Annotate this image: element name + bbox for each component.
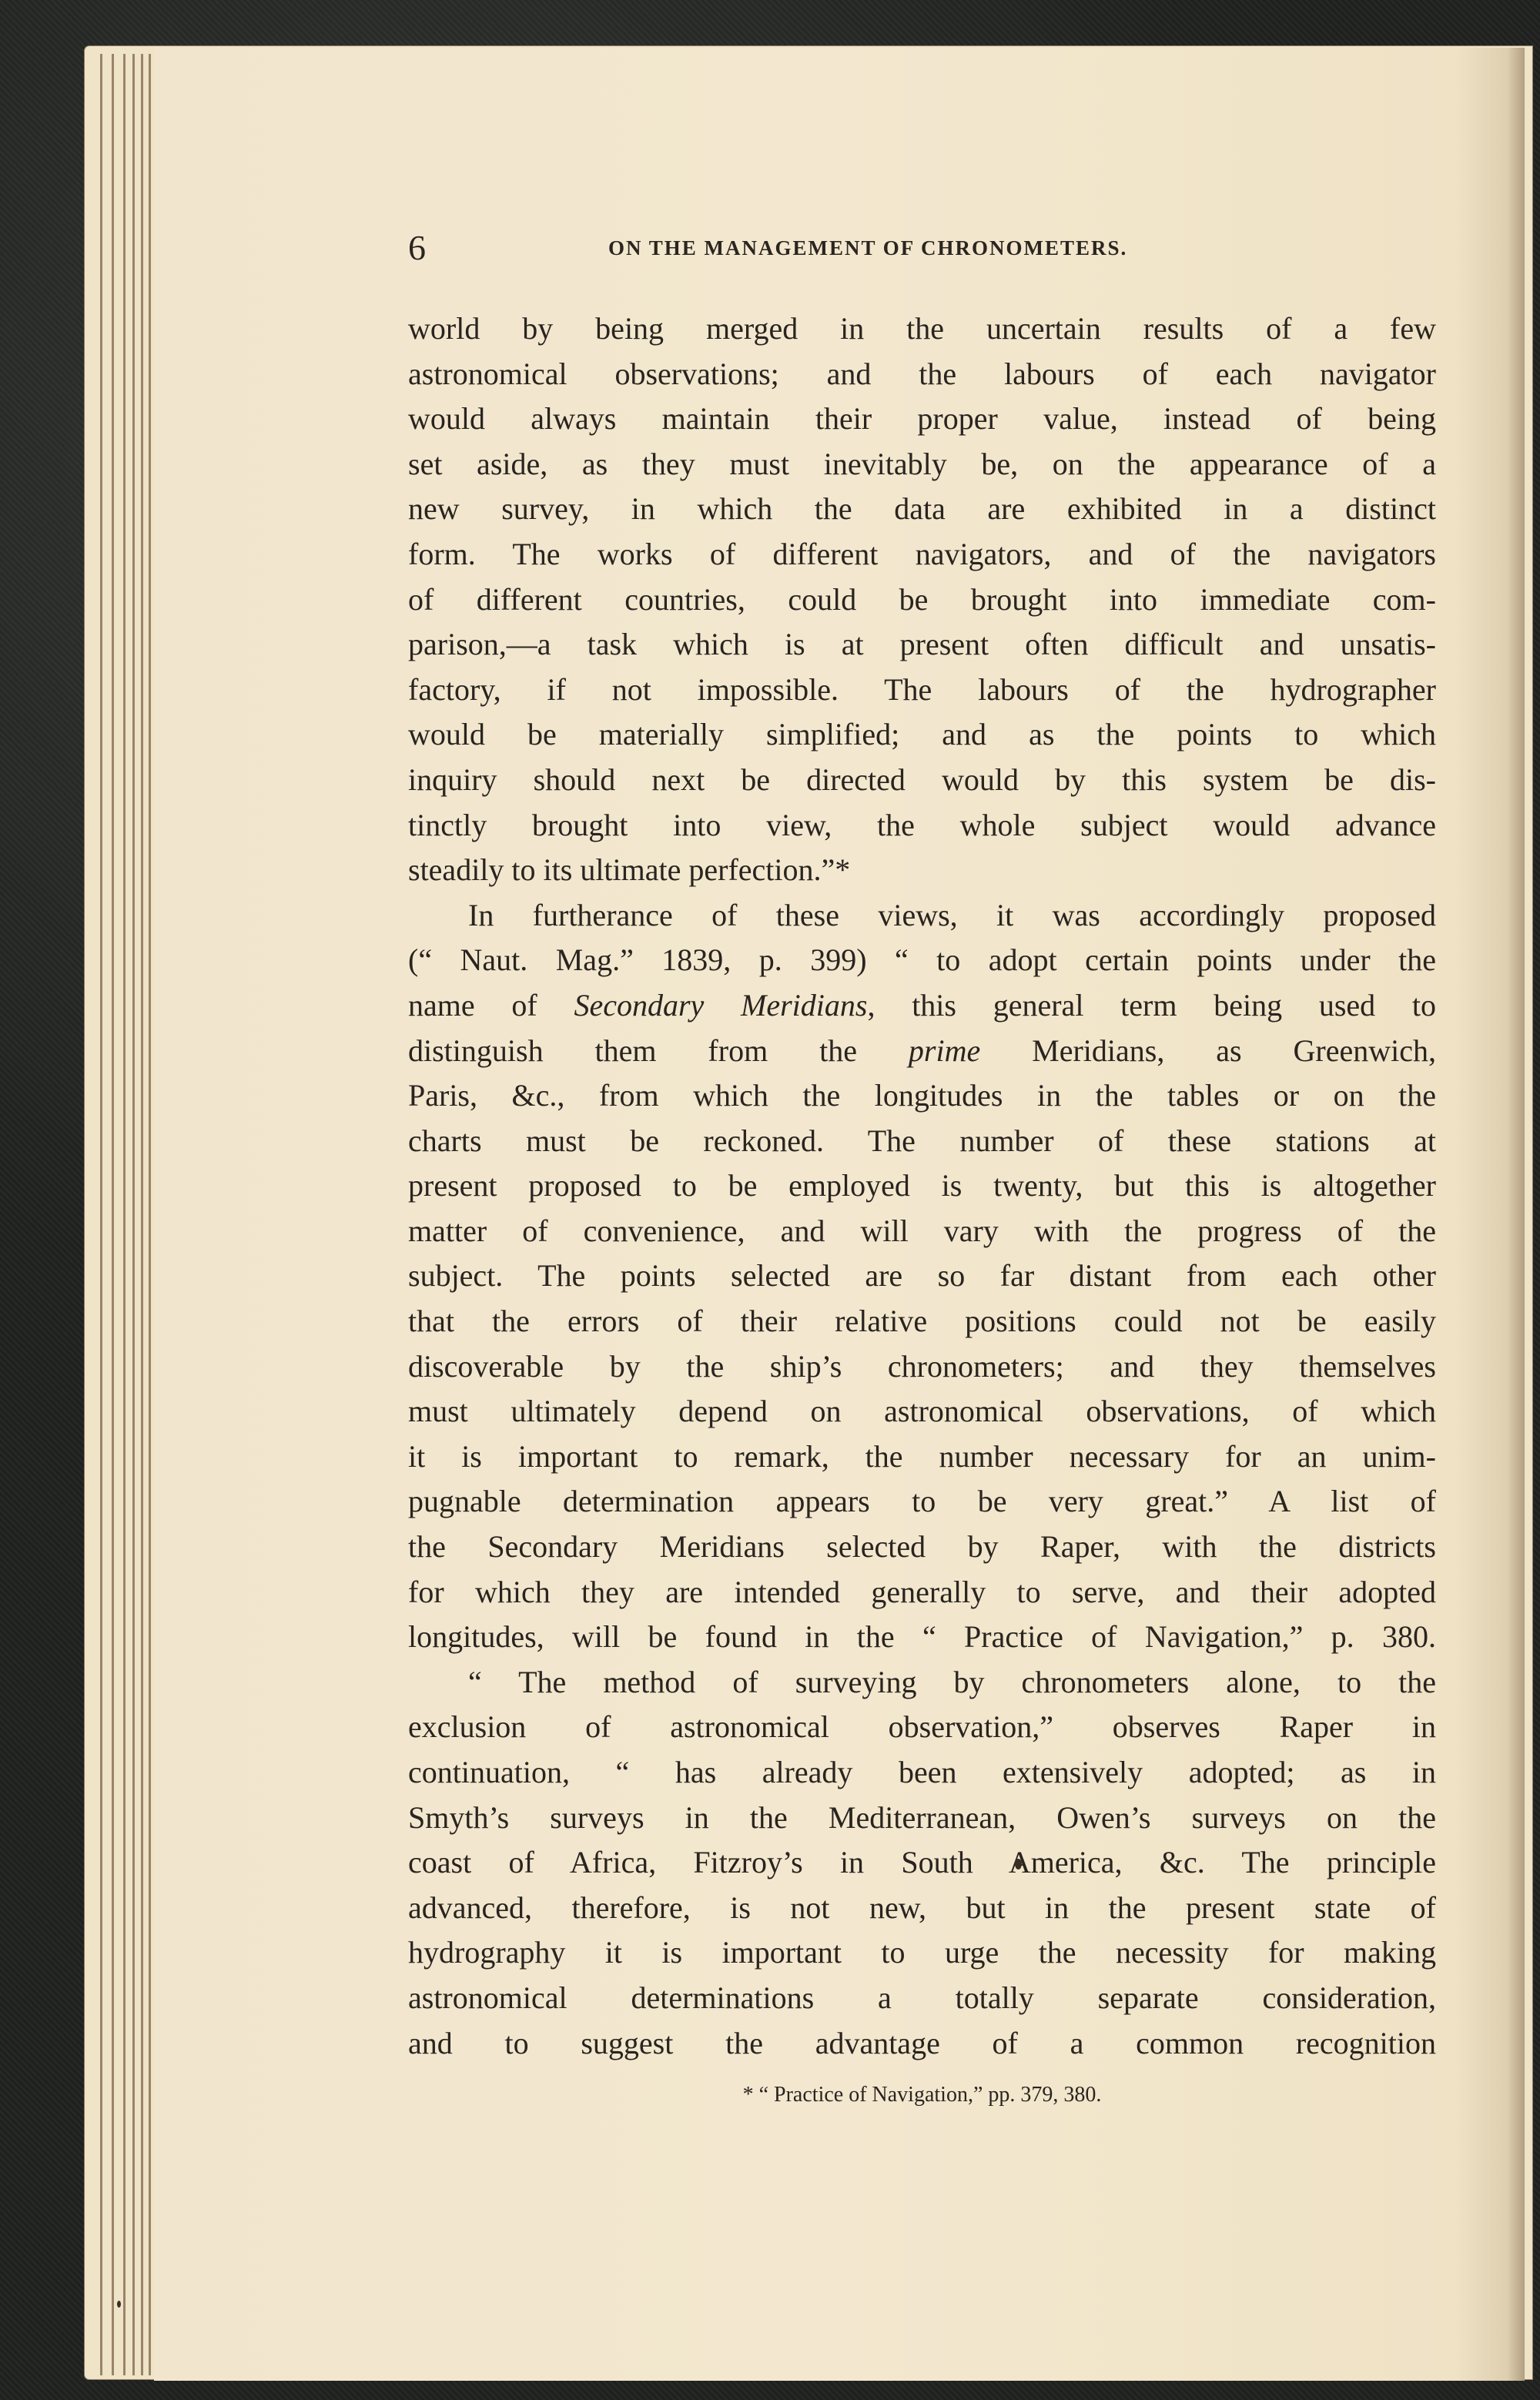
text-line: parison,—a task which is at present ofte… (408, 622, 1436, 668)
running-head-title: ON THE MANAGEMENT OF CHRONOMETERS. (608, 236, 1127, 260)
page-edge (123, 54, 126, 2375)
text-line: that the errors of their relative positi… (408, 1299, 1436, 1344)
text-line: factory, if not impossible. The labours … (408, 668, 1436, 713)
text-line: pugnable determination appears to be ver… (408, 1479, 1436, 1525)
text-line: world by being merged in the uncertain r… (408, 306, 1436, 352)
text-line: it is important to remark, the number ne… (408, 1434, 1436, 1480)
text-line: exclusion of astronomical observation,” … (408, 1705, 1436, 1750)
text-line: charts must be reckoned. The number of t… (408, 1119, 1436, 1164)
text-line: Smyth’s surveys in the Mediterranean, Ow… (408, 1796, 1436, 1841)
text-line: name of Secondary Meridians, this genera… (408, 983, 1436, 1029)
text-line: steadily to its ultimate perfection.”* (408, 848, 1436, 893)
running-head: 6 ON THE MANAGEMENT OF CHRONOMETERS. (408, 227, 1432, 266)
footnote: * “ Practice of Navigation,” pp. 379, 38… (408, 2083, 1436, 2107)
page-number: 6 (408, 227, 426, 268)
text-line: coast of Africa, Fitzroy’s in South Amer… (408, 1840, 1436, 1886)
text-line: (“ Naut. Mag.” 1839, p. 399) “ to adopt … (408, 938, 1436, 983)
text-line: In furtherance of these views, it was ac… (408, 893, 1436, 939)
text-line: form. The works of different navigators,… (408, 532, 1436, 577)
page-edge (100, 54, 102, 2375)
text-line: inquiry should next be directed would by… (408, 758, 1436, 803)
text-line: astronomical determinations a totally se… (408, 1976, 1436, 2021)
page-edge (141, 54, 143, 2375)
ink-spot (1015, 1859, 1022, 1869)
text-line: of different countries, could be brought… (408, 577, 1436, 623)
text-line: matter of convenience, and will vary wit… (408, 1209, 1436, 1254)
body-text: world by being merged in the uncertain r… (408, 306, 1436, 2066)
text-line: Paris, &c., from which the longitudes in… (408, 1073, 1436, 1119)
text-line: distinguish them from the prime Meridian… (408, 1029, 1436, 1074)
page-edge (112, 54, 114, 2375)
text-line: set aside, as they must inevitably be, o… (408, 442, 1436, 487)
text-line: advanced, therefore, is not new, but in … (408, 1886, 1436, 1931)
text-line: continuation, “ has already been extensi… (408, 1750, 1436, 1796)
text-line: would be materially simplified; and as t… (408, 712, 1436, 758)
text-line: would always maintain their proper value… (408, 397, 1436, 442)
text-line: tinctly brought into view, the whole sub… (408, 803, 1436, 849)
text-line: the Secondary Meridians selected by Rape… (408, 1525, 1436, 1570)
ink-spot (117, 2301, 121, 2308)
page-edge (149, 54, 151, 2375)
text-line: longitudes, will be found in the “ Pract… (408, 1615, 1436, 1660)
text-line: new survey, in which the data are exhibi… (408, 487, 1436, 532)
text-line: astronomical observations; and the labou… (408, 352, 1436, 397)
text-line: subject. The points selected are so far … (408, 1254, 1436, 1299)
text-line: must ultimately depend on astronomical o… (408, 1389, 1436, 1434)
text-line: and to suggest the advantage of a common… (408, 2021, 1436, 2067)
text-line: discoverable by the ship’s chronometers;… (408, 1344, 1436, 1390)
page-edge (132, 54, 135, 2375)
text-line: for which they are intended generally to… (408, 1570, 1436, 1615)
text-line: “ The method of surveying by chronometer… (408, 1660, 1436, 1705)
page-gutter (1508, 48, 1525, 2381)
text-line: hydrography it is important to urge the … (408, 1930, 1436, 1976)
text-line: present proposed to be employed is twent… (408, 1163, 1436, 1209)
